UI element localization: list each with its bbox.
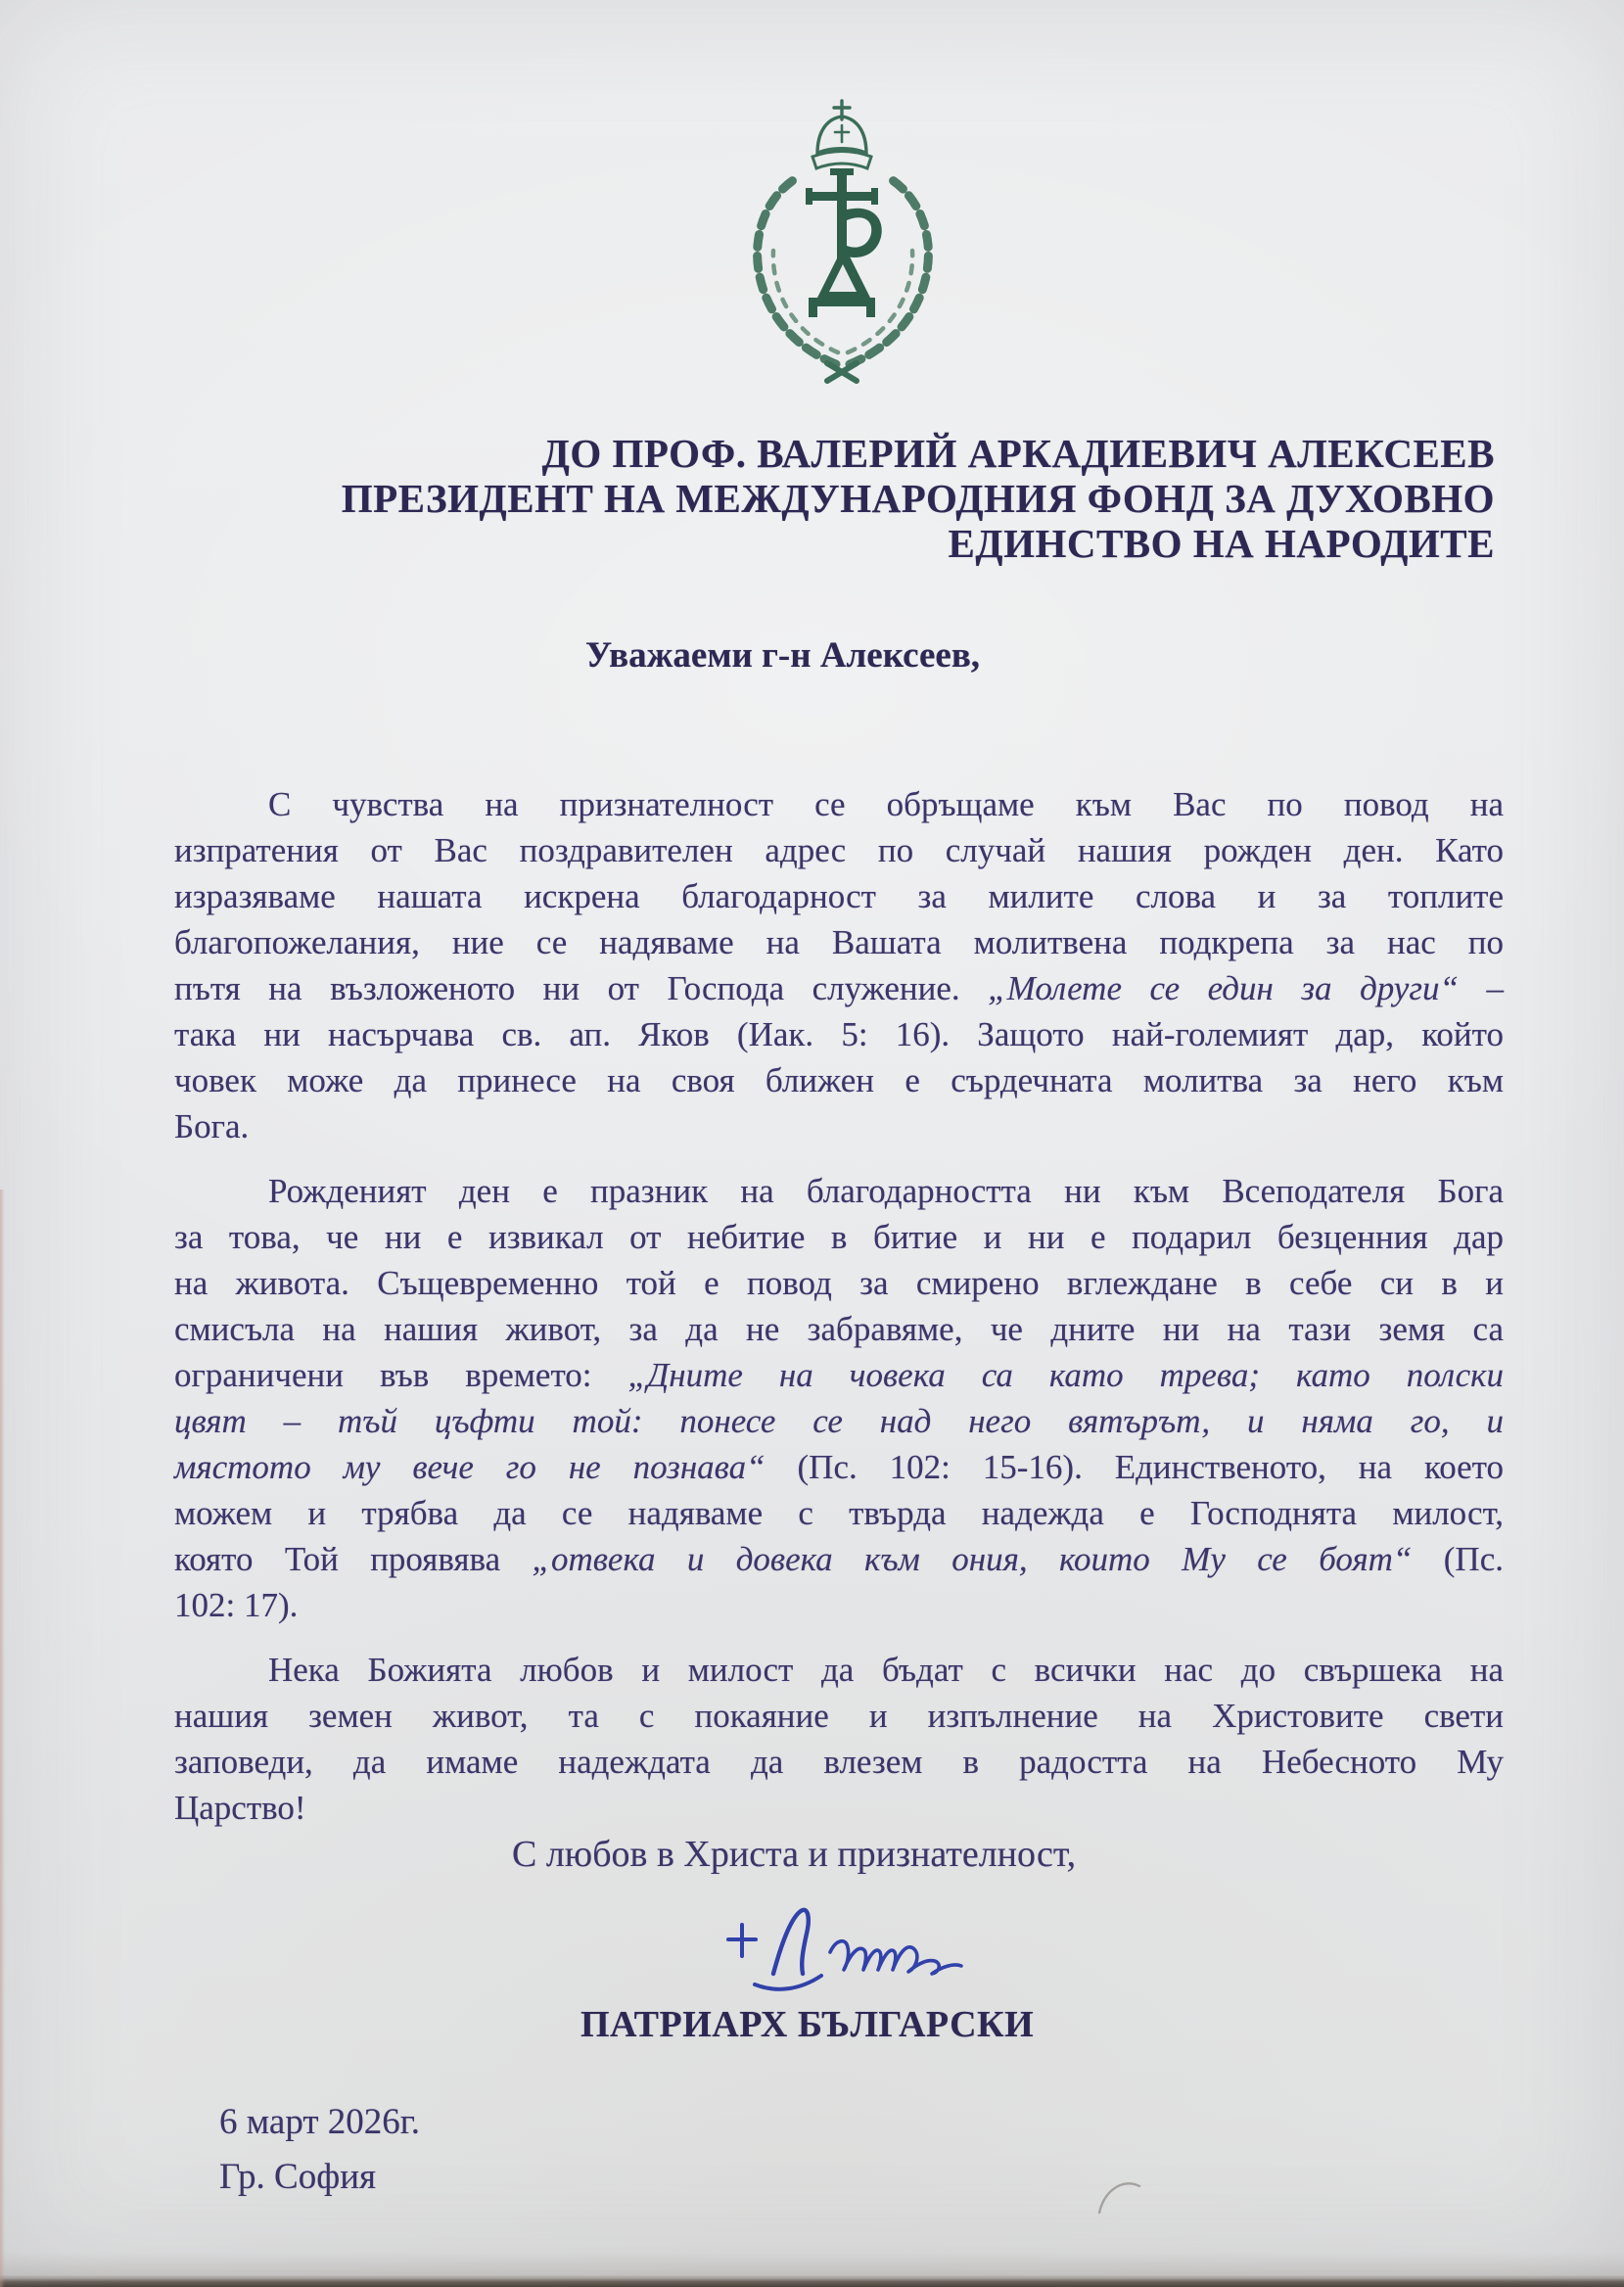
paragraph: Рожденият ден е празник на благодарностт… (174, 1168, 1504, 1628)
body-line: изразяваме нашата искрена благодарност з… (174, 873, 1504, 919)
body-line: изпратения от Вас поздравителен адрес по… (174, 827, 1504, 873)
signature-stroke-d (773, 1910, 809, 1974)
letter-city: Гр. София (219, 2150, 420, 2205)
body-line: 102: 17). (174, 1582, 1504, 1628)
letter-body: С чувства на признателност се обръщаме к… (174, 781, 1504, 1849)
recipient-line-2: ПРЕЗИДЕНТ НА МЕЖДУНАРОДНИЯ ФОНД ЗА ДУХОВ… (342, 476, 1495, 521)
recipient-line-3: ЕДИНСТВО НА НАРОДИТЕ (342, 521, 1495, 566)
body-line: така ни насърчава св. ап. Яков (Иак. 5: … (174, 1011, 1504, 1057)
paper-bottom-shadow (0, 2252, 1624, 2277)
body-line: Рожденият ден е празник на благодарностт… (174, 1168, 1504, 1214)
pen-mark (1094, 2175, 1145, 2218)
body-line: която Той проявява „отвека и довека към … (174, 1536, 1504, 1582)
date-place-block: 6 март 2026г. Гр. София (219, 2095, 420, 2205)
salutation: Уважаеми г-н Алексеев, (585, 634, 980, 677)
body-line: С чувства на признателност се обръщаме к… (174, 781, 1504, 827)
signature-stroke-swash (755, 1976, 821, 1989)
handwritten-signature (722, 1903, 993, 1997)
body-line: можем и трябва да се надяваме с твърда н… (174, 1490, 1504, 1536)
paper-left-edge (0, 1190, 5, 2287)
body-line: Царство! (174, 1785, 1504, 1831)
body-line: за това, че ни е извикал от небитие в би… (174, 1214, 1504, 1260)
closing-line: С любов в Христа и признателност, (512, 1833, 1076, 1876)
signer-title: ПАТРИАРХ БЪЛГАРСКИ (580, 2003, 1034, 2046)
paragraph: Нека Божията любов и милост да бъдат с в… (174, 1647, 1504, 1831)
recipient-line-1: ДО ПРОФ. ВАЛЕРИЙ АРКАДИЕВИЧ АЛЕКСЕЕВ (342, 431, 1495, 476)
body-line: мястото му вече го не познава“ (Пс. 102:… (174, 1444, 1504, 1490)
paper-bottom-edge (0, 2275, 1624, 2287)
signature-stroke-letters (830, 1941, 961, 1974)
body-line: нашия земен живот, та с покаяние и изпъл… (174, 1693, 1504, 1739)
crown-icon (812, 117, 871, 168)
body-line: на живота. Същевременно той е повод за с… (174, 1260, 1504, 1306)
letter-date: 6 март 2026г. (219, 2095, 420, 2150)
body-line: заповеди, да имаме надеждата да влезем в… (174, 1739, 1504, 1785)
body-line: смисъла на нашия живот, за да не забравя… (174, 1306, 1504, 1352)
monogram-icon (806, 168, 882, 317)
body-line: благопожелания, ние се надяваме на Вашат… (174, 919, 1504, 965)
body-line: пътя на възложеното ни от Господа служен… (174, 965, 1504, 1011)
body-line: човек може да принесе на своя ближен е с… (174, 1057, 1504, 1103)
body-line: Бога. (174, 1103, 1504, 1149)
letter-photo: { "meta": {"document_type": "official le… (0, 0, 1624, 2287)
patriarchal-crest-emblem (728, 98, 957, 390)
body-line: ограничени във времето: „Дните на човека… (174, 1352, 1504, 1398)
recipient-address: ДО ПРОФ. ВАЛЕРИЙ АРКАДИЕВИЧ АЛЕКСЕЕВ ПРЕ… (342, 431, 1495, 566)
body-line: цвят – тъй цъфти той: понесе се над него… (174, 1398, 1504, 1444)
paragraph: С чувства на признателност се обръщаме к… (174, 781, 1504, 1149)
body-line: Нека Божията любов и милост да бъдат с в… (174, 1647, 1504, 1693)
signature-cross-icon (728, 1925, 756, 1956)
